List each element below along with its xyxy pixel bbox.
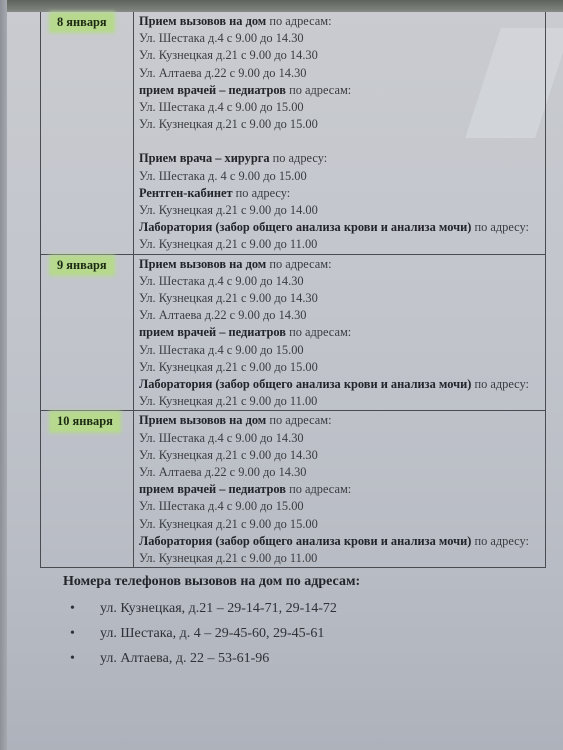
phone-numbers-section: Номера телефонов вызовов на дом по адрес… [63,574,360,671]
phone-numbers-title: Номера телефонов вызовов на дом по адрес… [63,574,360,590]
line-text: по адресам: [266,14,331,28]
service-heading: Прием врача – хирурга по адресу: [139,150,541,167]
address-hours-line: Ул. Кузнецкая д.21 с 9.00 до 14.30 [139,447,541,464]
address-hours-line: Ул. Шестака д.4 с 9.00 до 14.30 [139,273,541,290]
service-name: Прием вызовов на дом [139,257,266,271]
address-hours-line: Ул. Кузнецкая д.21 с 9.00 до 11.00 [139,236,541,253]
service-name: Прием вызовов на дом [139,413,266,427]
address-hours-line: Ул. Кузнецкая д.21 с 9.00 до 14.00 [139,202,541,219]
bullet-icon: • [70,646,75,671]
paper-fold-edge [0,0,7,750]
address-hours-line: Ул. Алтаева д.22 с 9.00 до 14.30 [139,65,541,82]
line-text: Ул. Шестака д.4 с 9.00 до 15.00 [139,343,304,357]
address-hours-line: Ул. Алтаева д.22 с 9.00 до 14.30 [139,307,541,324]
line-text: по адресам: [286,482,351,496]
line-text: Ул. Кузнецкая д.21 с 9.00 до 11.00 [139,394,317,408]
service-name: прием врачей – педиатров [139,83,286,97]
address-hours-line: Ул. Алтаева д.22 с 9.00 до 14.30 [139,464,541,481]
bullet-icon: • [70,596,75,621]
line-text: по адресу: [471,377,529,391]
service-heading: Прием вызовов на дом по адресам: [139,412,541,429]
address-hours-line: Ул. Шестака д.4 с 9.00 до 15.00 [139,99,541,116]
service-heading: Прием вызовов на дом по адресам: [139,256,541,273]
schedule-details-cell: Прием вызовов на дом по адресам:Ул. Шест… [134,12,546,254]
address-hours-line: Ул. Кузнецкая д.21 с 9.00 до 15.00 [139,116,541,133]
line-text: по адресам: [266,257,331,271]
service-name: Прием вызовов на дом [139,14,266,28]
schedule-row: 10 январяПрием вызовов на дом по адресам… [41,411,546,568]
service-name: прием врачей – педиатров [139,482,286,496]
date-label: 10 января [51,413,119,430]
line-text: Ул. Кузнецкая д.21 с 9.00 до 11.00 [139,551,317,565]
line-text: по адресу: [471,220,529,234]
schedule-table: 8 январяПрием вызовов на дом по адресам:… [40,12,546,568]
service-name: Рентген-кабинет [139,186,233,200]
service-heading: прием врачей – педиатров по адресам: [139,82,541,99]
date-cell: 9 января [41,254,134,411]
address-hours-line: Ул. Кузнецкая д.21 с 9.00 до 14.30 [139,47,541,64]
service-heading: прием врачей – педиатров по адресам: [139,481,541,498]
service-heading: Лаборатория (забор общего анализа крови … [139,533,541,550]
service-name: Прием врача – хирурга [139,151,270,165]
bullet-icon: • [70,621,75,646]
line-text: по адресам: [286,325,351,339]
address-hours-line: Ул. Кузнецкая д.21 с 9.00 до 11.00 [139,550,541,567]
service-name: Лаборатория (забор общего анализа крови … [139,534,471,548]
address-hours-line: Ул. Кузнецкая д.21 с 9.00 до 11.00 [139,393,541,410]
address-hours-line: Ул. Кузнецкая д.21 с 9.00 до 15.00 [139,516,541,533]
line-text: Ул. Алтаева д.22 с 9.00 до 14.30 [139,66,306,80]
line-text: Ул. Шестака д. 4 с 9.00 до 15.00 [139,169,307,183]
phone-list-item: • ул. Кузнецкая, д.21 – 29-14-71, 29-14-… [63,596,360,621]
schedule-details-cell: Прием вызовов на дом по адресам:Ул. Шест… [134,411,546,568]
date-cell: 8 января [41,12,134,254]
line-text: Ул. Кузнецкая д.21 с 9.00 до 14.00 [139,203,318,217]
schedule-row: 8 январяПрием вызовов на дом по адресам:… [41,12,546,254]
line-text: Ул. Кузнецкая д.21 с 9.00 до 14.30 [139,48,318,62]
service-heading: прием врачей – педиатров по адресам: [139,324,541,341]
line-text: по адресам: [266,413,331,427]
phone-entry-kuznetskaya: ул. Кузнецкая, д.21 – 29-14-71, 29-14-72 [100,601,337,616]
service-name: прием врачей – педиатров [139,325,286,339]
line-text: Ул. Кузнецкая д.21 с 9.00 до 11.00 [139,237,317,251]
line-text: Ул. Алтаева д.22 с 9.00 до 14.30 [139,465,306,479]
schedule-row: 9 январяПрием вызовов на дом по адресам:… [41,254,546,411]
address-hours-line: Ул. Шестака д.4 с 9.00 до 14.30 [139,430,541,447]
line-text: Ул. Шестака д.4 с 9.00 до 14.30 [139,274,304,288]
spacer [139,133,541,150]
line-text: Ул. Шестака д.4 с 9.00 до 14.30 [139,431,304,445]
phone-entry-altaeva: ул. Алтаева, д. 22 – 53-61-96 [100,651,269,666]
line-text: по адресу: [270,151,328,165]
line-text: Ул. Алтаева д.22 с 9.00 до 14.30 [139,308,306,322]
address-hours-line: Ул. Шестака д.4 с 9.00 до 15.00 [139,342,541,359]
address-hours-line: Ул. Кузнецкая д.21 с 9.00 до 15.00 [139,359,541,376]
phone-entry-shestaka: ул. Шестака, д. 4 – 29-45-60, 29-45-61 [100,626,324,641]
line-text: Ул. Кузнецкая д.21 с 9.00 до 15.00 [139,360,318,374]
line-text: Ул. Кузнецкая д.21 с 9.00 до 15.00 [139,517,318,531]
line-text: Ул. Шестака д.4 с 9.00 до 15.00 [139,499,304,513]
line-text: Ул. Шестака д.4 с 9.00 до 14.30 [139,31,304,45]
schedule-details-cell: Прием вызовов на дом по адресам:Ул. Шест… [134,254,546,411]
line-text: Ул. Шестака д.4 с 9.00 до 15.00 [139,100,304,114]
line-text: по адресам: [286,83,351,97]
service-name: Лаборатория (забор общего анализа крови … [139,377,471,391]
phone-list-item: • ул. Алтаева, д. 22 – 53-61-96 [63,646,360,671]
address-hours-line: Ул. Шестака д.4 с 9.00 до 14.30 [139,30,541,47]
service-heading: Лаборатория (забор общего анализа крови … [139,376,541,393]
line-text: по адресу: [471,534,529,548]
date-label: 9 января [51,257,113,274]
address-hours-line: Ул. Кузнецкая д.21 с 9.00 до 14.30 [139,290,541,307]
phone-numbers-list: • ул. Кузнецкая, д.21 – 29-14-71, 29-14-… [63,596,360,671]
line-text: по адресу: [233,186,291,200]
date-cell: 10 января [41,411,134,568]
service-name: Лаборатория (забор общего анализа крови … [139,220,471,234]
phone-list-item: • ул. Шестака, д. 4 – 29-45-60, 29-45-61 [63,621,360,646]
service-heading: Прием вызовов на дом по адресам: [139,13,541,30]
address-hours-line: Ул. Шестака д.4 с 9.00 до 15.00 [139,498,541,515]
line-text: Ул. Кузнецкая д.21 с 9.00 до 14.30 [139,291,318,305]
service-heading: Лаборатория (забор общего анализа крови … [139,219,541,236]
service-heading: Рентген-кабинет по адресу: [139,185,541,202]
line-text: Ул. Кузнецкая д.21 с 9.00 до 14.30 [139,448,318,462]
line-text: Ул. Кузнецкая д.21 с 9.00 до 15.00 [139,117,318,131]
date-label: 8 января [51,14,113,31]
address-hours-line: Ул. Шестака д. 4 с 9.00 до 15.00 [139,168,541,185]
